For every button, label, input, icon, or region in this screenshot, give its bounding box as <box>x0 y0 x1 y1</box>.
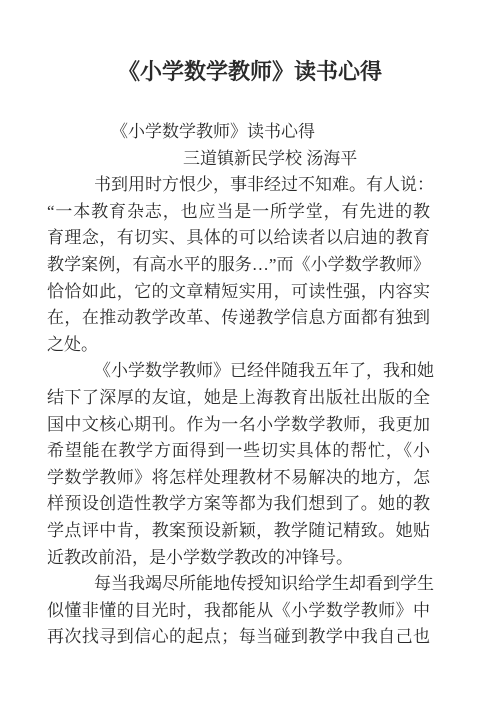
subtitle-line: 《小学数学教师》读书心得 <box>47 119 430 146</box>
document-page: 《小学数学教师》读书心得 《小学数学教师》读书心得 三道镇新民学校 汤海平 书到… <box>0 0 500 708</box>
document-line: 学点评中肯，教案预设新颖，教学随记精致。她贴 <box>47 518 430 545</box>
author-line: 三道镇新民学校 汤海平 <box>47 146 430 173</box>
document-line: 结下了深厚的友谊，她是上海教育出版社出版的全 <box>47 385 430 412</box>
document-line: 样预设创造性教学方案等都为我们想到了。她的教 <box>47 491 430 518</box>
paragraph-end-line: 近教改前沿，是小学数学教改的冲锋号。 <box>47 545 430 572</box>
document-line: 国中文核心期刊。作为一名小学数学教师，我更加 <box>47 412 430 439</box>
document-line: “一本教育杂志，也应当是一所学堂，有先进的教 <box>47 199 430 226</box>
document-line: 《小学数学教师》已经伴随我五年了，我和她 <box>47 358 430 385</box>
document-line: 希望能在教学方面得到一些切实具体的帮忙，《小 <box>47 438 430 465</box>
document-line: 每当我竭尽所能地传授知识给学生却看到学生 <box>47 571 430 598</box>
document-line: 恰恰如此，它的文章精短实用，可读性强，内容实 <box>47 279 430 306</box>
document-title: 《小学数学教师》读书心得 <box>0 58 500 86</box>
paragraph-end-line: 之处。 <box>47 332 430 359</box>
document-body: 《小学数学教师》读书心得 三道镇新民学校 汤海平 书到用时方恨少，事非经过不知难… <box>47 119 430 651</box>
document-line: 在，在推动教学改革、传递教学信息方面都有独到 <box>47 305 430 332</box>
document-line: 似懂非懂的目光时，我都能从《小学数学教师》中 <box>47 598 430 625</box>
document-line: 学数学教师》将怎样处理教材不易解决的地方，怎 <box>47 465 430 492</box>
document-line: 书到用时方恨少，事非经过不知难。有人说： <box>47 172 430 199</box>
document-line: 再次找寻到信心的起点；每当碰到教学中我自己也 <box>47 624 430 651</box>
document-line: 教学案例，有高水平的服务…”而《小学数学教师》 <box>47 252 430 279</box>
document-line: 育理念，有切实、具体的可以给读者以启迪的教育 <box>47 225 430 252</box>
